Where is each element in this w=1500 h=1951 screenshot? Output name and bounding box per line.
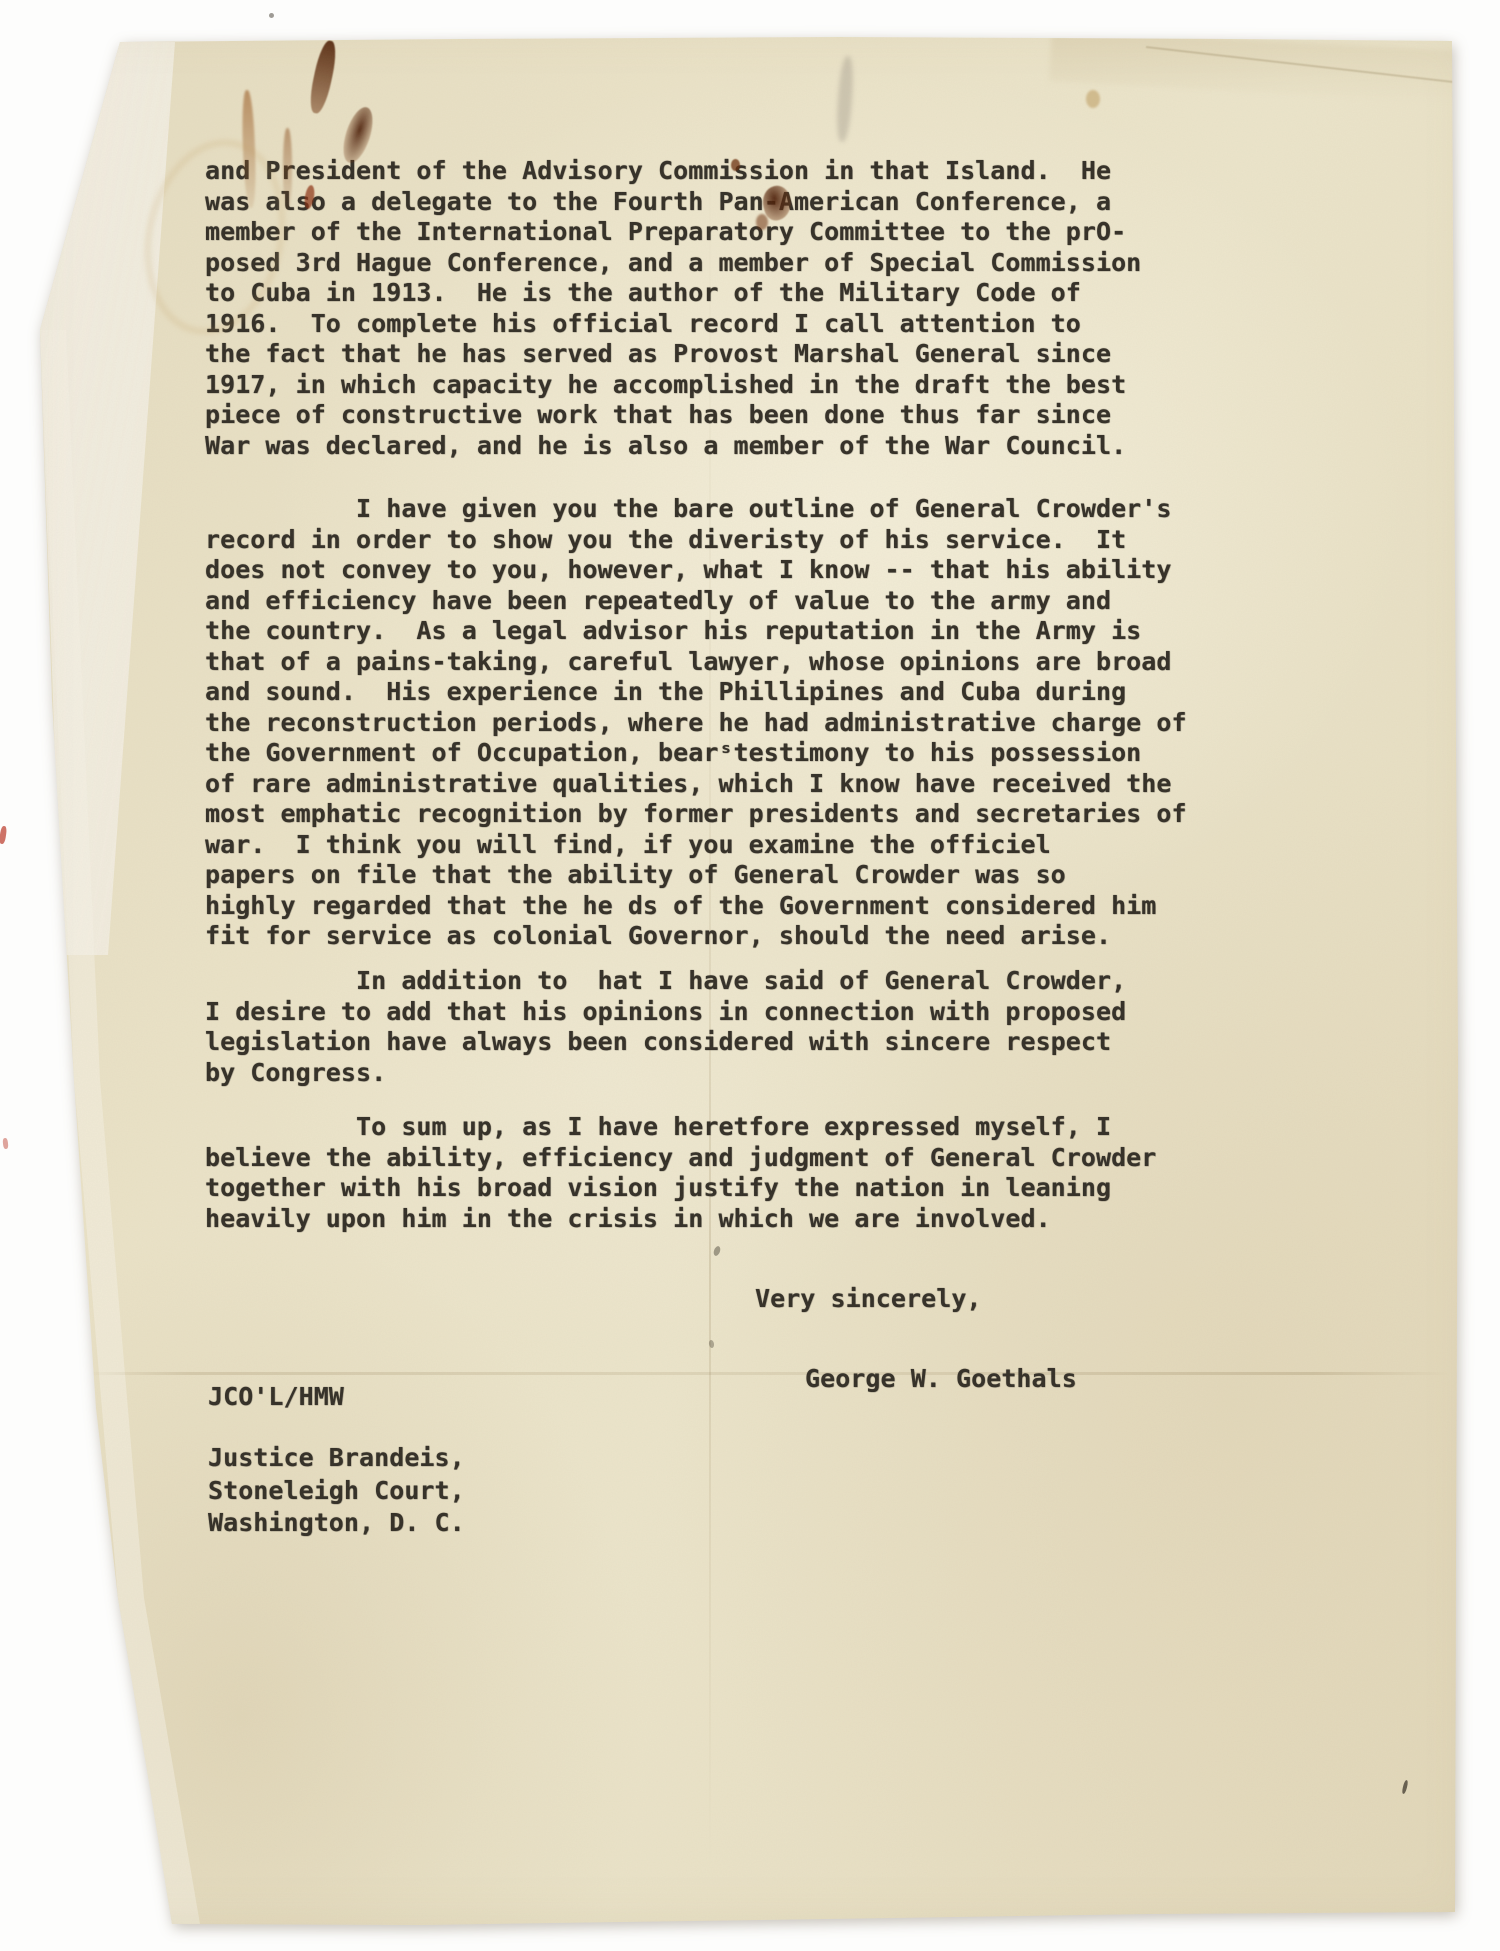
signature-typed: George W. Goethals (805, 1364, 1077, 1395)
recipient-address-block: Justice Brandeis, Stoneleigh Court, Wash… (208, 1442, 465, 1540)
letter-scan: and President of the Advisory Commission… (0, 0, 1500, 1951)
closing-salutation: Very sincerely, (755, 1284, 982, 1315)
letter-paragraph-2: I have given you the bare outline of Gen… (205, 494, 1265, 952)
letter-paragraph-1: and President of the Advisory Commission… (205, 156, 1245, 461)
letter-paper: and President of the Advisory Commission… (0, 0, 1500, 1951)
letter-paragraph-4: To sum up, as I have heretfore expressed… (205, 1112, 1245, 1234)
horizontal-fold-crease (80, 1372, 1450, 1375)
paper-shadow-wrap: and President of the Advisory Commission… (0, 0, 1500, 1951)
scan-background: { "document_kind": "typewritten letter s… (0, 0, 1500, 1951)
letter-paragraph-3: In addition to hat I have said of Genera… (205, 966, 1245, 1088)
typist-reference: JCO'L/HMW (208, 1382, 344, 1413)
